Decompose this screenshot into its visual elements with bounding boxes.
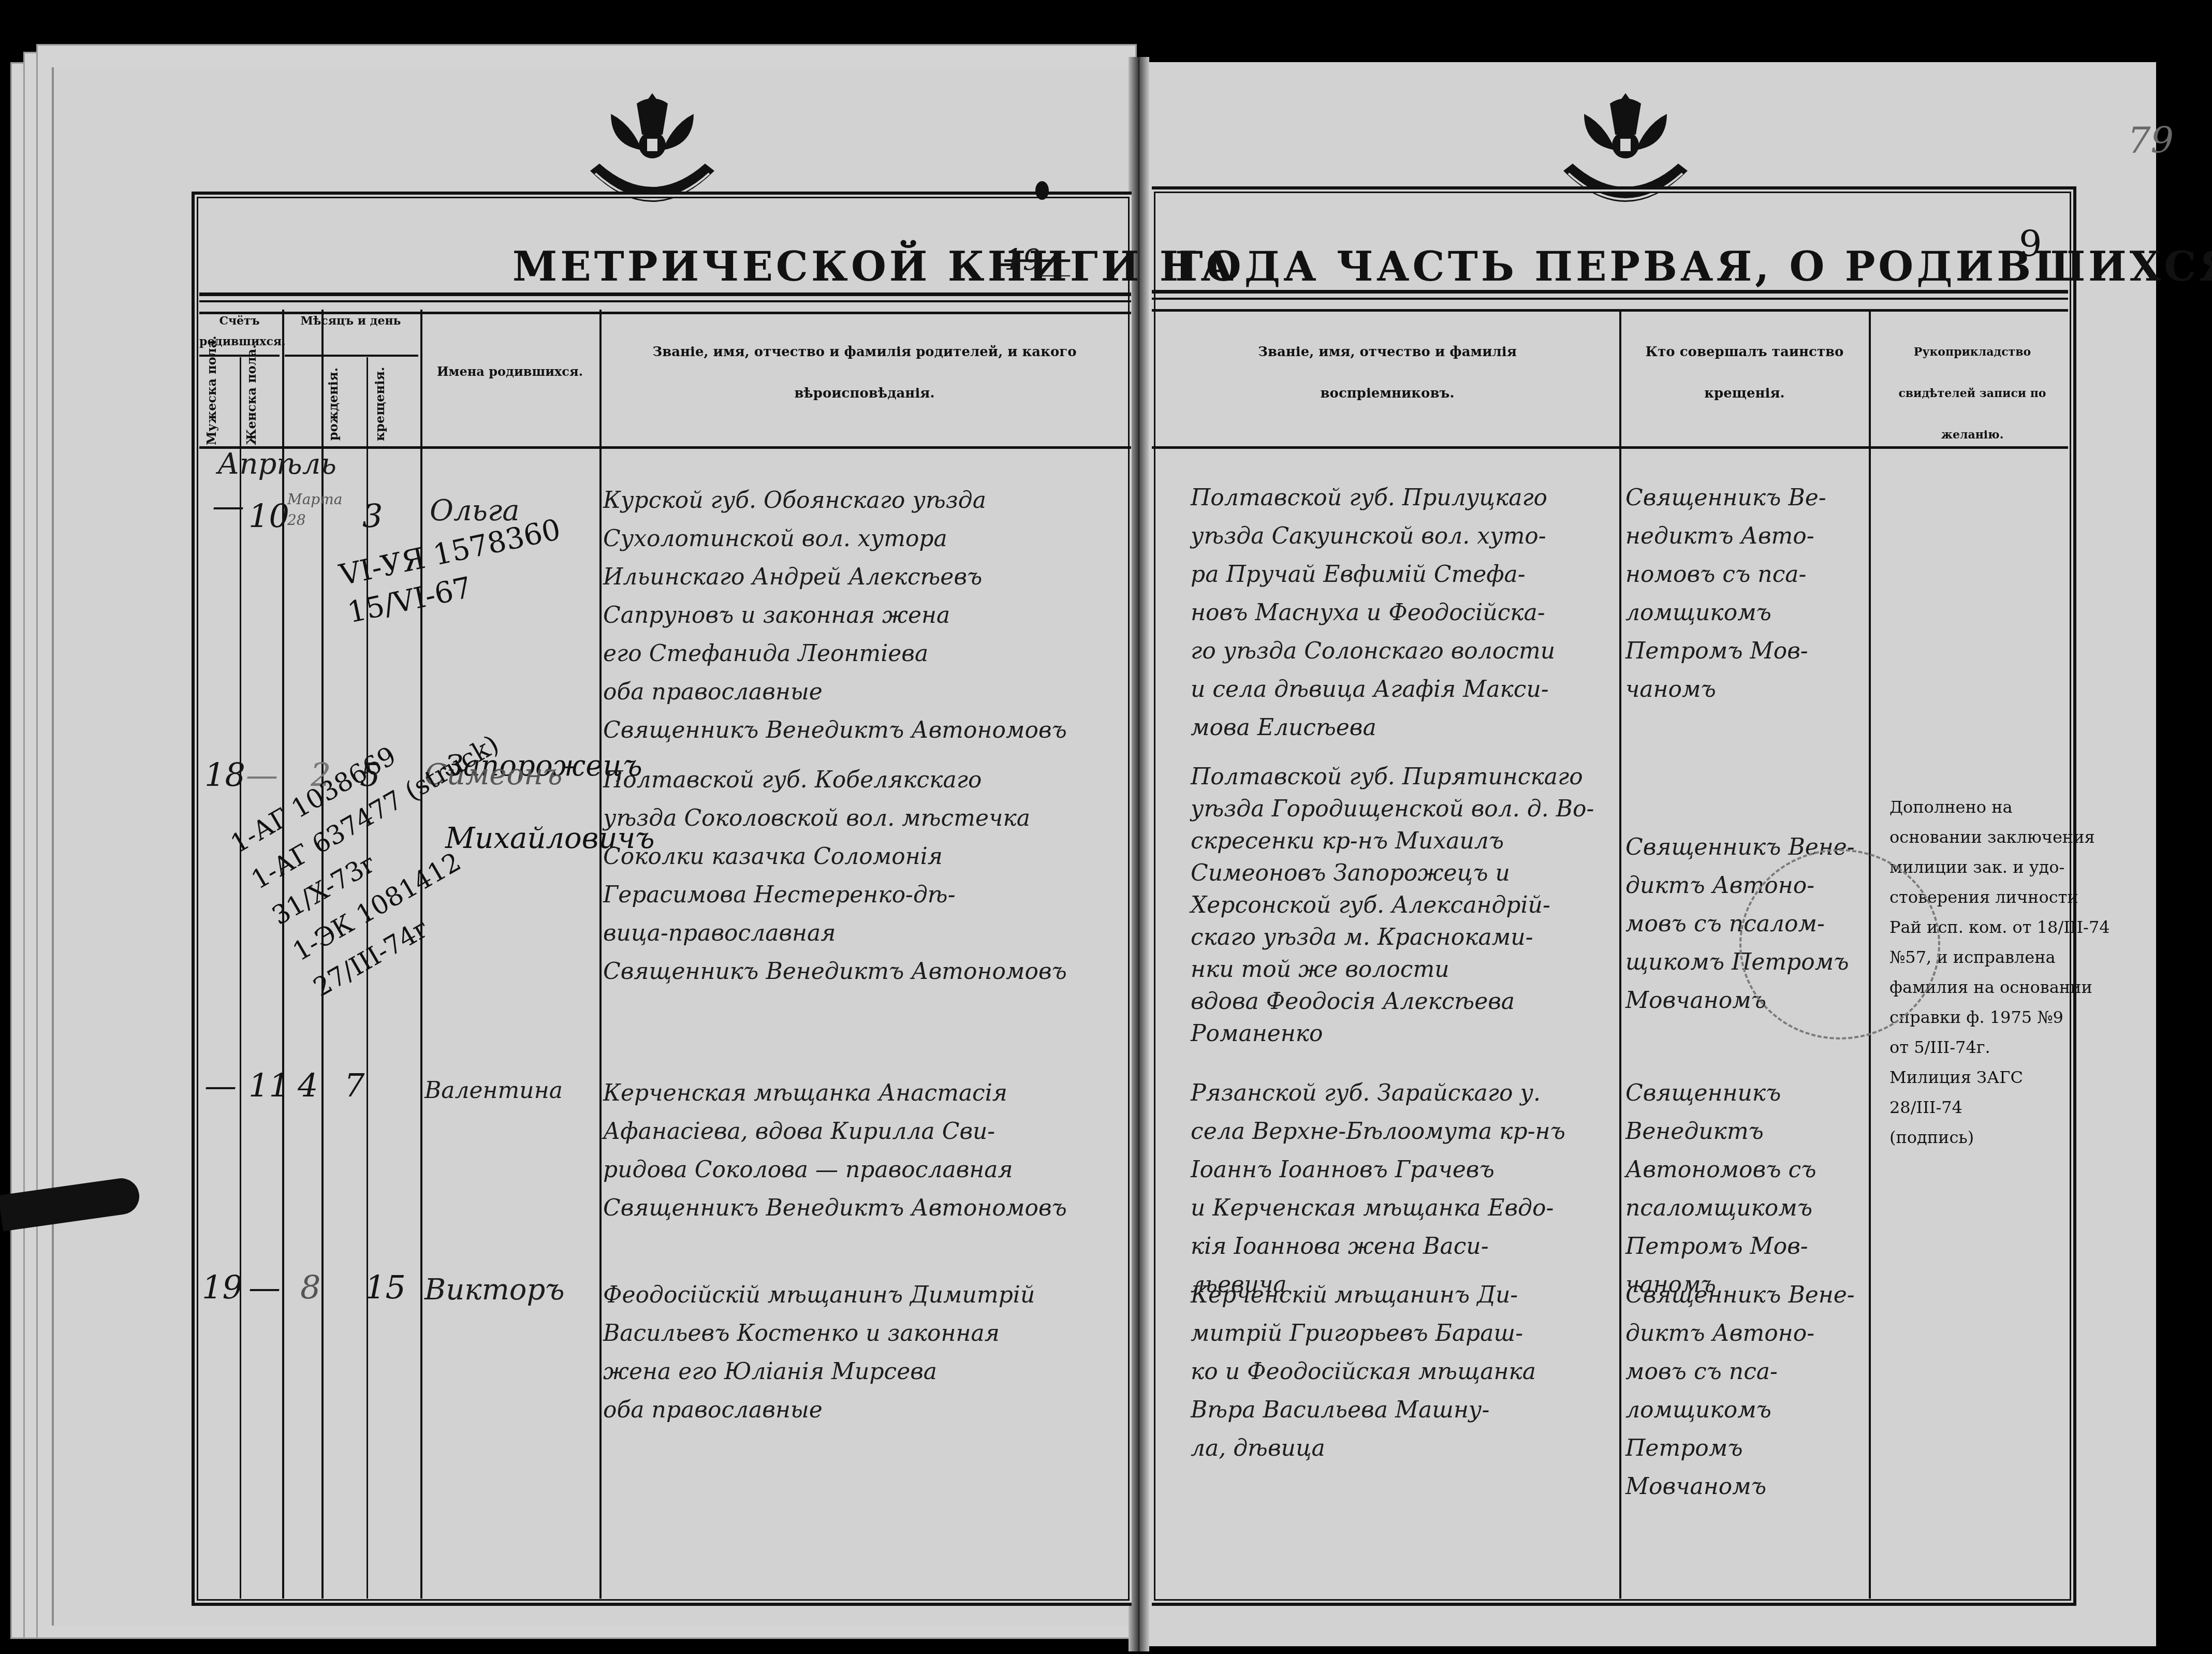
entry-2-parents: Полтавской губ. Кобелякскаго уѣзда Сокол… — [603, 761, 1126, 991]
col-line — [599, 310, 602, 1599]
col-line — [420, 310, 422, 1599]
header-date-group: Мѣсяцъ и день — [285, 311, 417, 331]
entry-4-name: Викторъ — [424, 1271, 565, 1309]
entry-3-name: Валентина — [424, 1072, 563, 1110]
entry-2-female: — — [246, 756, 278, 794]
entry-4-parents: Феодосійскій мѣщанинъ Димитрій Васильевъ… — [603, 1276, 1126, 1429]
entry-1-parents: Курской губ. Обоянскаго уѣзда Сухолотинс… — [603, 481, 1126, 750]
entry-1-female: 10 — [248, 497, 289, 535]
ink-blot — [1035, 181, 1049, 200]
entry-3-parents: Керченская мѣщанка Анастасія Афанасіева,… — [603, 1074, 1126, 1227]
header-count-male: Мужеска пола. — [204, 362, 236, 445]
entry-1-male: — — [212, 487, 244, 524]
title-right: ГОДА ЧАСТЬ ПЕРВАЯ, О РОДИВШИХСЯ. — [1175, 243, 2212, 290]
entry-4-male: 19 — [202, 1268, 243, 1306]
entry-2-male: 18 — [204, 756, 245, 794]
header-bottom-rule-left — [199, 446, 1131, 449]
entry-3-male: — — [204, 1066, 237, 1104]
entry-4-baptism: 15 — [365, 1268, 406, 1306]
entry-3-officiant: Священникъ Венедиктъ Автономовъ съ псало… — [1625, 1074, 1864, 1304]
header-godparents: Званіе, имя, отчество и фамилія воспріем… — [1222, 331, 1553, 414]
entry-4-female: — — [248, 1268, 281, 1306]
entry-3-baptism: 7 — [344, 1066, 364, 1104]
entry-1-month-note: Апрѣль — [217, 445, 336, 484]
page-number: 9 — [2019, 223, 2042, 265]
header-date-birth: рожденія. — [326, 362, 357, 445]
header-names: Имена родившихся. — [422, 357, 598, 386]
entry-2-godparents: Полтавской губ. Пирятинскаго уѣзда Город… — [1191, 761, 1620, 1050]
col-line — [240, 357, 241, 1599]
header-signatures: Рукоприкладство свидѣтелей записи по жел… — [1874, 331, 2071, 456]
header-officiant: Кто совершалъ таинство крещенія. — [1625, 331, 1864, 414]
title-left: МЕТРИЧЕСКОЙ КНИГИ НА — [512, 243, 1237, 290]
header-date-baptism: крещенія. — [373, 362, 404, 445]
entry-4-officiant: Священникъ Вене- диктъ Автоно- мовъ съ п… — [1625, 1276, 1864, 1506]
header-parents: Званіе, имя, отчество и фамилія родителе… — [606, 331, 1123, 414]
entry-4-godparents: Керченскій мѣщанинъ Ди- митрій Григорьев… — [1191, 1276, 1620, 1468]
entry-4-birth: 8 — [300, 1268, 320, 1306]
book-gutter — [1129, 57, 1149, 1651]
entry-1-birth: Марта 28 — [287, 489, 324, 531]
entry-1-officiant: Священникъ Ве- недиктъ Авто- номовъ съ п… — [1625, 479, 1864, 709]
header-count-female: Женска пола. — [244, 362, 275, 445]
entry-3-female: 11 — [248, 1066, 289, 1104]
entry-1-baptism: 3 — [362, 497, 383, 535]
header-rule-right — [1152, 290, 2068, 312]
entry-3-godparents: Рязанской губ. Зарайскаго у. села Верхне… — [1191, 1074, 1620, 1304]
entry-1-godparents: Полтавской губ. Прилуцкаго уѣзда Сакуинс… — [1191, 479, 1620, 747]
title-year-struck: 19__ — [1004, 243, 1070, 277]
entry-3-birth: 4 — [298, 1066, 318, 1104]
folio-number: 79 — [2128, 119, 2174, 162]
subheader-rule — [285, 355, 418, 357]
official-stamp — [1739, 849, 1940, 1040]
